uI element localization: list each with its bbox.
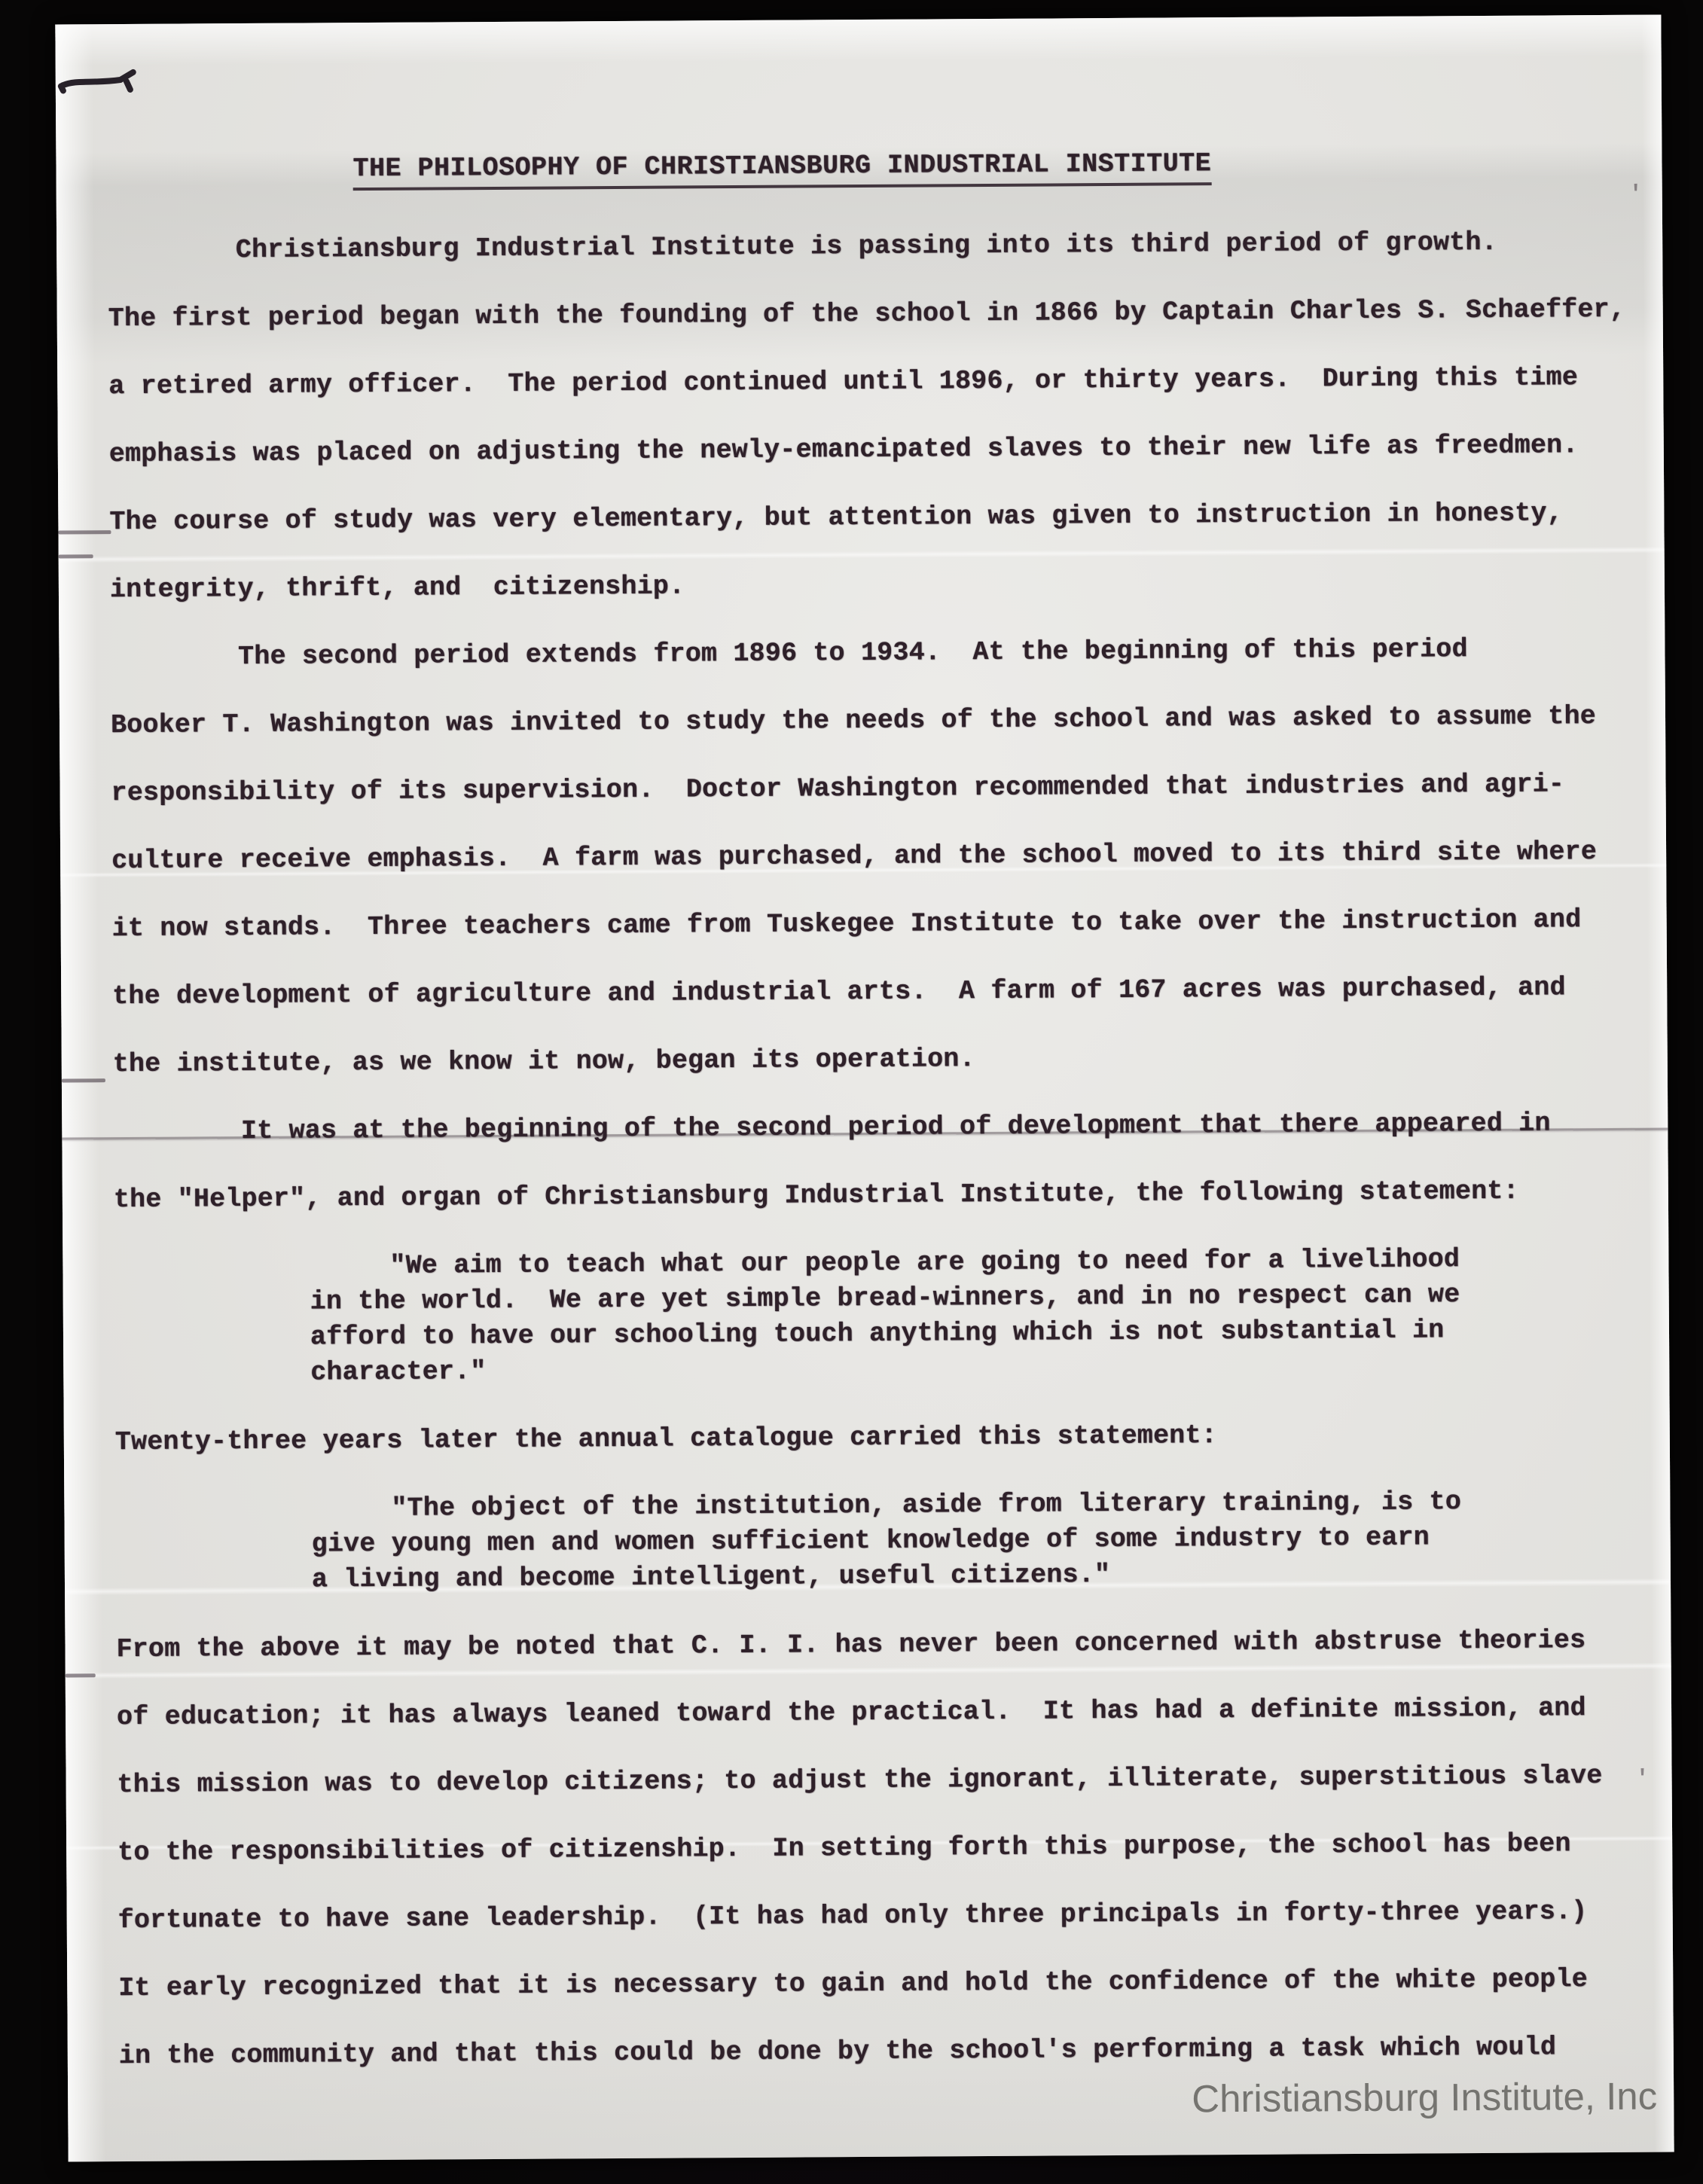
paragraph-helper-intro: It was at the beginning of the second pe…	[113, 1089, 1634, 1234]
blockquote-catalogue: "The object of the institution, aside fr…	[311, 1484, 1636, 1598]
document-content: THE PHILOSOPHY OF CHRISTIANSBURG INDUSTR…	[55, 15, 1674, 2091]
watermark-text: Christiansburg Institute, Inc	[1192, 2076, 1657, 2121]
scanner-background: ' ' THE PHILOSOPHY OF CHRISTIANSBURG IND…	[0, 0, 1703, 2184]
paragraph-second-period: The second period extends from 1896 to 1…	[110, 615, 1633, 1098]
document-title: THE PHILOSOPHY OF CHRISTIANSBURG INDUSTR…	[353, 147, 1211, 191]
paragraph-catalogue: Twenty-three years later the annual cata…	[115, 1399, 1636, 1476]
blockquote-helper: "We aim to teach what our people are goi…	[310, 1241, 1634, 1391]
paragraph-mission: From the above it may be noted that C. I…	[116, 1606, 1639, 2090]
document-page: ' ' THE PHILOSOPHY OF CHRISTIANSBURG IND…	[55, 15, 1674, 2162]
paragraph-first-period: Christiansburg Industrial Institute is p…	[108, 208, 1630, 624]
